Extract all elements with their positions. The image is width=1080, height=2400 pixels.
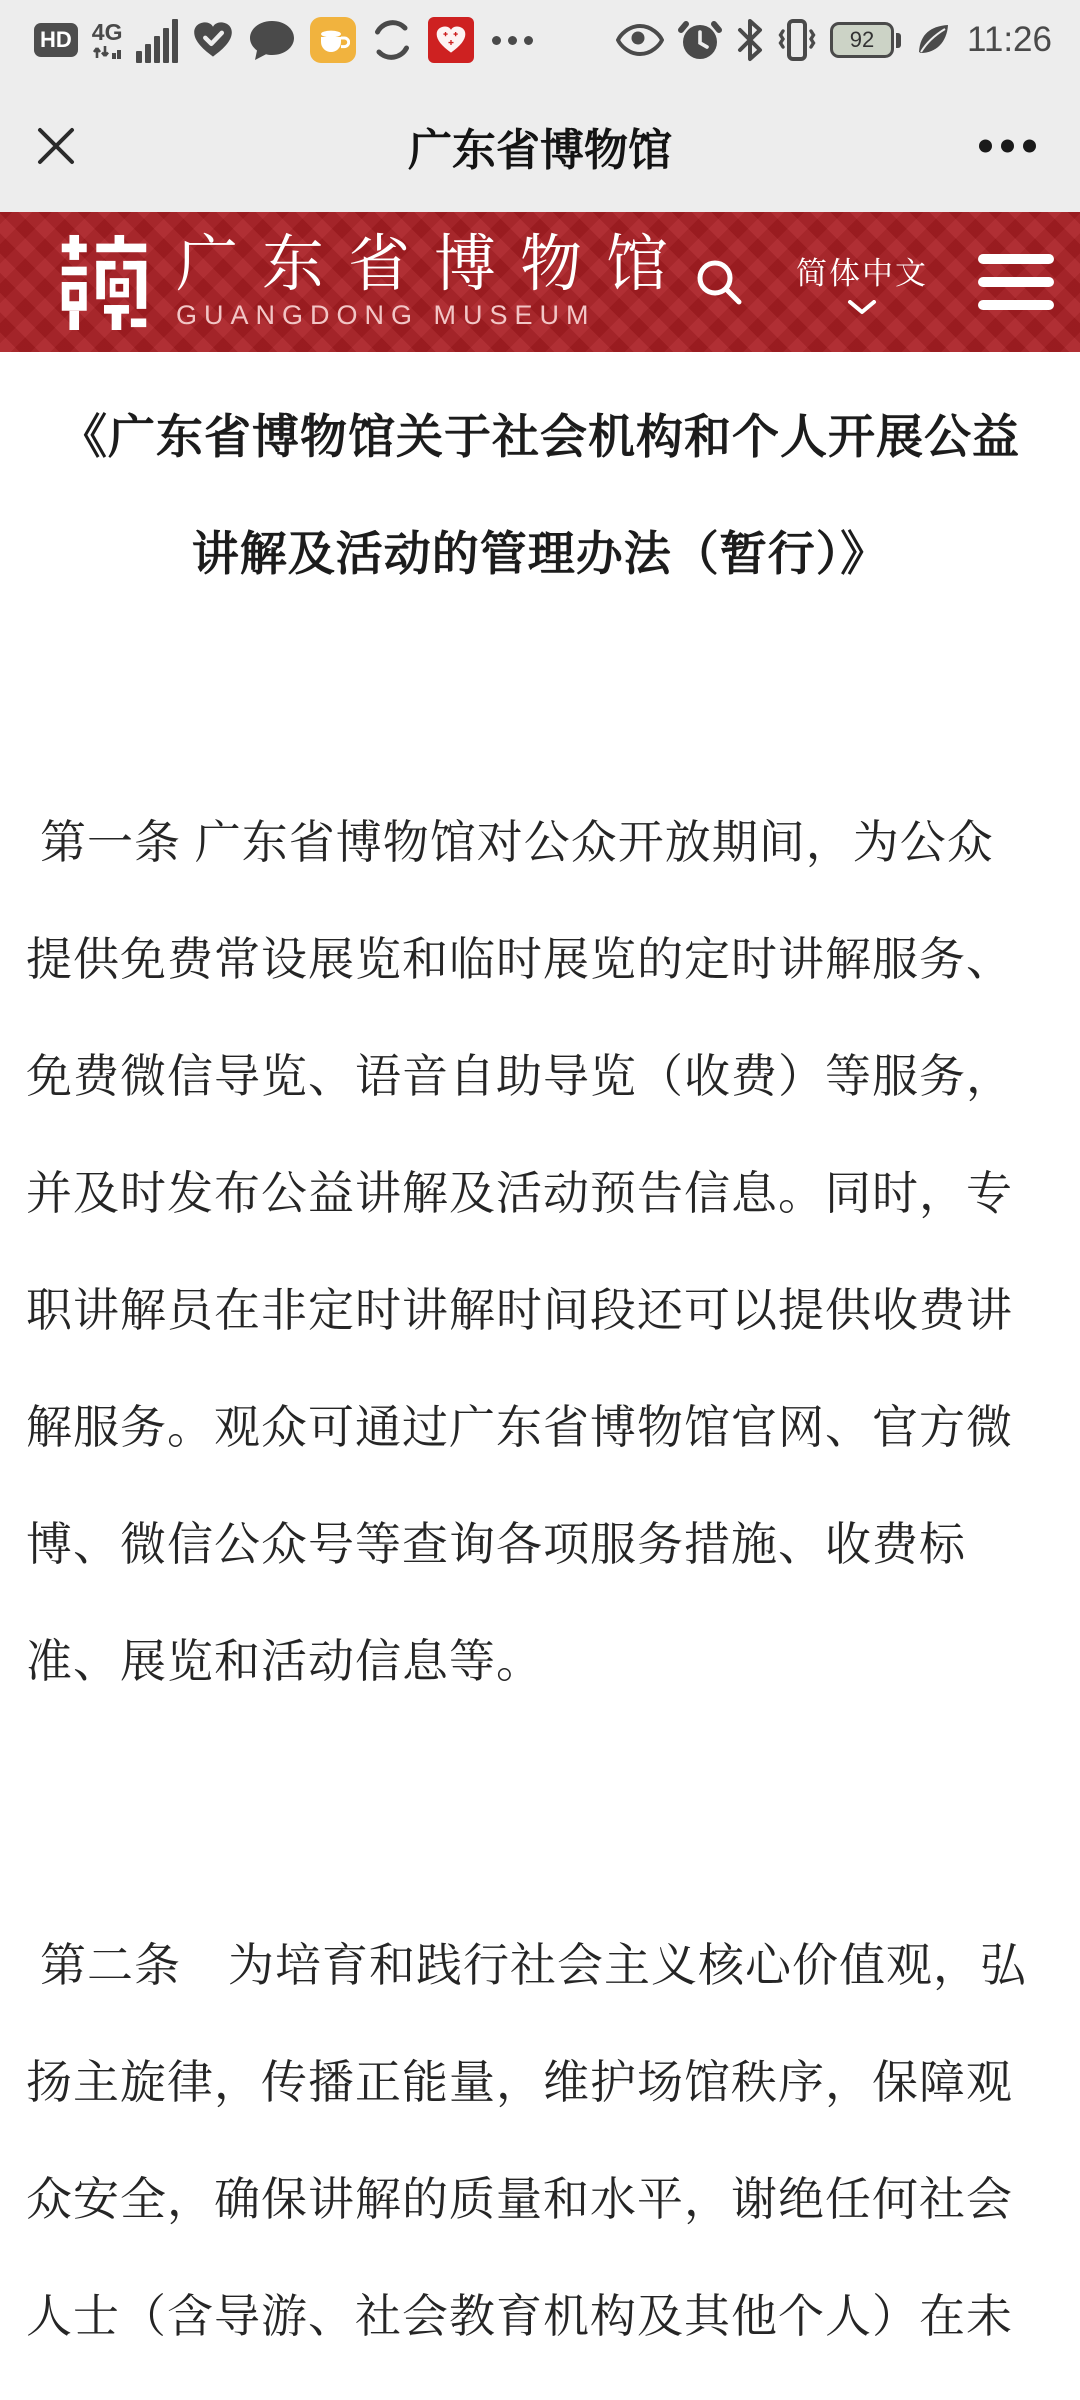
eye-icon (616, 23, 664, 57)
document-paragraph: 第一条 广东省博物馆对公众开放期间，为公众 提供免费常设展览和临时展览的定时讲解… (26, 784, 1054, 1720)
wechat-browser-header: 广东省博物馆 (0, 80, 1080, 212)
battery-percent: 92 (850, 27, 874, 53)
overflow-dots-icon (492, 36, 533, 45)
museum-banner: 广东省博物馆 GUANGDONG MUSEUM 简体中文 (0, 212, 1080, 352)
brand-wordmark[interactable]: 广东省博物馆 GUANGDONG MUSEUM (176, 233, 692, 330)
document-paragraph: 第二条 为培育和践行社会主义核心价值观，弘 扬主旋律，传播正能量，维护场馆秩序，… (26, 1907, 1054, 2375)
hamburger-menu-icon[interactable] (978, 254, 1054, 310)
battery-icon: 92 (830, 22, 901, 58)
search-icon[interactable] (692, 255, 746, 309)
language-selector[interactable]: 简体中文 (796, 248, 928, 316)
heart-app-icon (428, 17, 474, 63)
leaf-icon (915, 22, 951, 58)
sync-icon (370, 18, 414, 62)
brand-name-en: GUANGDONG MUSEUM (176, 300, 692, 331)
data-arrows-icon (92, 44, 122, 60)
coffee-app-icon (310, 17, 356, 63)
heart-check-icon (192, 21, 234, 59)
museum-seal-logo[interactable] (56, 231, 152, 333)
bluetooth-icon (736, 18, 764, 62)
more-menu-icon[interactable] (979, 130, 1036, 163)
brand-name-cn: 广东省博物馆 (176, 233, 692, 296)
signal-bars-icon (136, 17, 178, 63)
page-title: 广东省博物馆 (408, 114, 672, 178)
document-title: 《广东省博物馆关于社会机构和个人开展公益 讲解及活动的管理办法（暂行）》 (26, 378, 1054, 612)
signal-4g-icon: 4G (92, 21, 123, 60)
document-body: 《广东省博物馆关于社会机构和个人开展公益 讲解及活动的管理办法（暂行）》 第一条… (0, 352, 1080, 2400)
status-bar: HD 4G (0, 0, 1080, 80)
status-bar-left: HD 4G (34, 17, 533, 63)
hd-badge: HD (34, 23, 78, 57)
banner-actions: 简体中文 (692, 248, 1054, 316)
language-label: 简体中文 (796, 248, 928, 293)
chevron-down-icon (847, 300, 877, 316)
vibrate-icon (778, 17, 816, 63)
status-bar-right: 92 11:26 (616, 17, 1052, 63)
alarm-clock-icon (678, 17, 722, 63)
phone-screen: HD 4G (0, 0, 1080, 2400)
close-icon[interactable] (34, 124, 78, 168)
message-bubble-icon (248, 19, 296, 61)
clock-time: 11:26 (967, 20, 1052, 60)
